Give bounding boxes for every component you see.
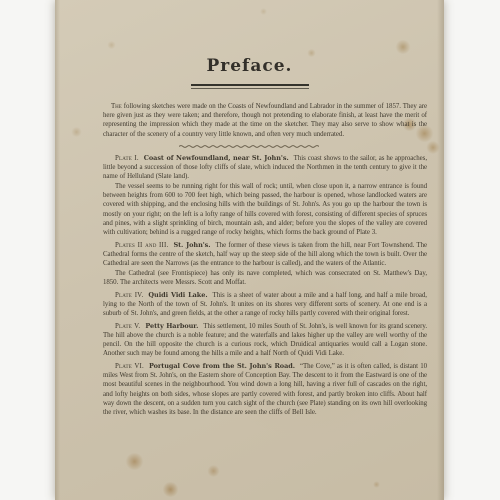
plate-label: Plates II and III.	[115, 242, 168, 249]
title-rule	[191, 84, 309, 89]
plate-paragraph: Plates II and III.St. John's.The former …	[103, 241, 427, 269]
plate-title: Petty Harbour.	[145, 322, 198, 330]
foxing-stain	[162, 482, 179, 497]
foxing-stain	[107, 41, 116, 49]
section-divider	[179, 143, 319, 148]
intro-paragraph: The following sketches were made on the …	[103, 102, 427, 139]
preface-text: The following sketches were made on the …	[103, 102, 427, 417]
plate-title: Coast of Newfoundland, near St. John's.	[144, 154, 289, 162]
plate-entry-1: Plate I.Coast of Newfoundland, near St. …	[103, 154, 427, 237]
plate-text: “The Cove,” as it is often called, is di…	[103, 363, 427, 416]
foxing-stain	[260, 8, 267, 15]
foxing-stain	[426, 141, 440, 154]
intro-body: following sketches were made on the Coas…	[103, 103, 427, 138]
plate-title: Quidi Vidi Lake.	[148, 291, 207, 299]
plate-label: Plate VI.	[115, 363, 144, 370]
foxing-stain	[373, 481, 380, 488]
foxing-stain	[71, 127, 82, 137]
foxing-stain	[125, 453, 144, 470]
plate-paragraph: The Cathedral (see Frontispiece) has onl…	[103, 269, 427, 287]
plate-paragraph: Plate VI.Portugal Cove from the St. John…	[103, 362, 427, 417]
photo-background: Preface. The following sketches were mad…	[0, 0, 500, 500]
plate-label: Plate IV.	[115, 292, 143, 299]
plate-paragraph: Plate V.Petty Harbour.This settlement, 1…	[103, 322, 427, 359]
plate-entry-2-3: Plates II and III.St. John's.The former …	[103, 241, 427, 288]
plate-paragraph: The vessel seems to be running right for…	[103, 182, 427, 237]
plate-entry-4: Plate IV.Quidi Vidi Lake.This is a sheet…	[103, 291, 427, 319]
plate-label: Plate I.	[115, 155, 139, 162]
book-page: Preface. The following sketches were mad…	[55, 0, 444, 500]
plate-paragraph: Plate IV.Quidi Vidi Lake.This is a sheet…	[103, 291, 427, 319]
plate-paragraph: Plate I.Coast of Newfoundland, near St. …	[103, 154, 427, 182]
intro-lead-word: The	[111, 103, 122, 110]
plate-title: St. John's.	[173, 241, 210, 249]
wavy-rule-icon	[179, 144, 319, 149]
plate-entry-6: Plate VI.Portugal Cove from the St. John…	[103, 362, 427, 417]
foxing-stain	[395, 40, 411, 54]
plate-entry-5: Plate V.Petty Harbour.This settlement, 1…	[103, 322, 427, 359]
foxing-stain	[207, 465, 220, 477]
plate-label: Plate V.	[115, 323, 140, 330]
plate-title: Portugal Cove from the St. John's Road.	[149, 362, 295, 370]
page-title: Preface.	[55, 56, 444, 76]
